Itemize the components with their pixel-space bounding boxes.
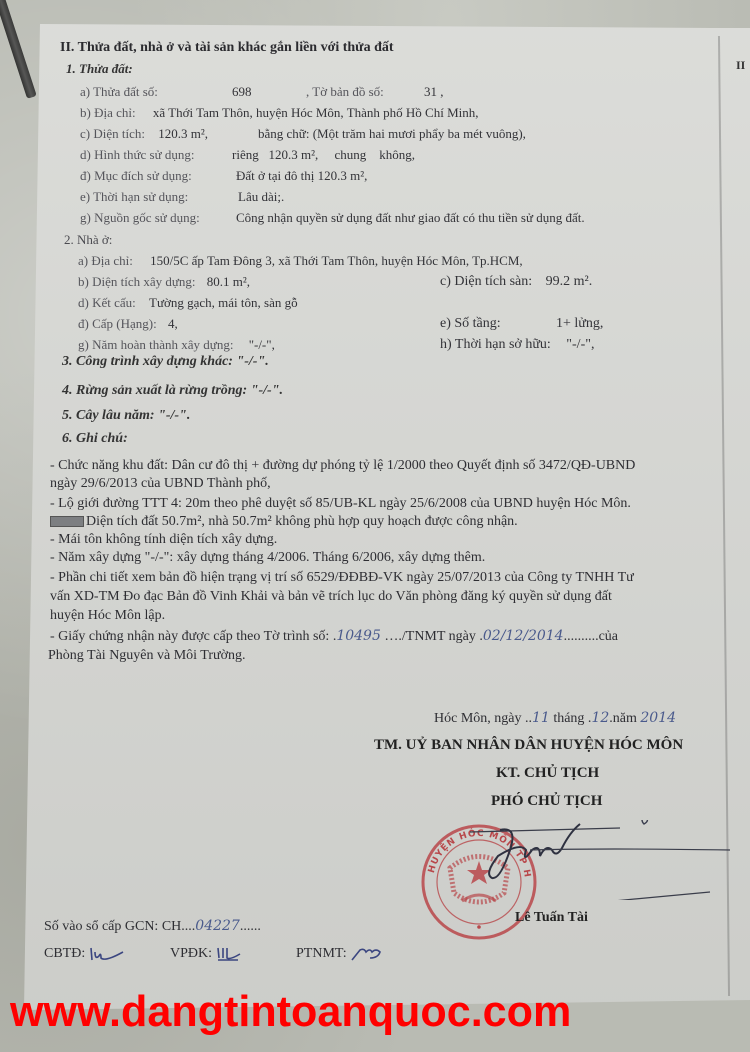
section-title: II. Thửa đất, nhà ở và tài sản khác gắn …	[60, 40, 394, 56]
parcel-row: a) Thửa đất số: 698 , Tờ bản đồ số: 31 ,	[80, 84, 158, 100]
watermark: www.dangtintoanquoc.com	[10, 987, 571, 1037]
completion-year-row: g) Năm hoàn thành xây dựng: "-/-",	[78, 337, 275, 353]
cbtd-field: CBTĐ:	[44, 946, 127, 962]
land-area: 120.3 m²,	[158, 126, 208, 141]
origin: Công nhận quyền sử dụng đất như giao đất…	[236, 210, 585, 226]
purpose: Đất ở tại đô thị 120.3 m²,	[236, 168, 367, 184]
structure-label: d) Kết cấu:	[78, 295, 136, 310]
grade: 4,	[168, 316, 178, 331]
year-label: .năm	[609, 711, 640, 726]
issuance-prefix: - Giấy chứng nhận này được cấp theo Tờ t…	[50, 629, 336, 644]
floors: 1+ lửng,	[556, 316, 603, 332]
land-area-words: bằng chữ: (Một trăm hai mươi phẩy ba mét…	[258, 126, 526, 142]
signer-name: Lê Tuấn Tài	[515, 910, 588, 926]
land-address: xã Thới Tam Thôn, huyện Hóc Môn, Thành p…	[153, 105, 479, 120]
initials-icon	[350, 946, 384, 962]
house-address-row: a) Địa chỉ: 150/5C ấp Tam Đông 3, xã Thớ…	[78, 253, 523, 269]
report-date: 02/12/2014	[483, 628, 564, 644]
usage-form-row: d) Hình thức sử dụng: riêng 120.3 m², ch…	[80, 147, 194, 163]
on-behalf-title: KT. CHỦ TỊCH	[496, 765, 599, 782]
issuance-note-line2: Phòng Tài Nguyên và Môi Trường.	[48, 648, 246, 664]
vpdk-field: VPĐK:	[170, 946, 244, 962]
ptnmt-field: PTNMT:	[296, 946, 384, 962]
land-area-row: c) Diện tích: 120.3 m², bằng chữ: (Một t…	[80, 126, 208, 142]
ownership-term: "-/-",	[566, 337, 594, 352]
cbtd-label: CBTĐ:	[44, 946, 85, 961]
land-address-label: b) Địa chỉ:	[80, 105, 136, 120]
floor-area-row: c) Diện tích sàn: 99.2 m².	[440, 274, 592, 290]
structure-row: d) Kết cấu: Tường gạch, mái tôn, sàn gỗ	[78, 295, 298, 311]
initials-icon	[216, 946, 244, 962]
note-line: vấn XD-TM Đo đạc Bản đồ Vinh Khải và bản…	[50, 589, 612, 605]
house-address-label: a) Địa chỉ:	[78, 253, 133, 268]
house-heading: 2. Nhà ở:	[64, 232, 112, 248]
structure: Tường gạch, mái tôn, sàn gỗ	[149, 295, 298, 310]
gcn-suffix: ......	[240, 919, 261, 934]
build-area-label: b) Diện tích xây dựng:	[78, 274, 196, 289]
parcel-number: 698	[232, 84, 252, 100]
house-address: 150/5C ấp Tam Đông 3, xã Thới Tam Thôn, …	[150, 253, 523, 268]
origin-row: g) Nguồn gốc sử dụng: Công nhận quyền sử…	[80, 210, 200, 226]
purpose-label: đ) Mục đích sử dụng:	[80, 168, 192, 183]
origin-label: g) Nguồn gốc sử dụng:	[80, 210, 200, 225]
floors-row: e) Số tầng: 1+ lửng,	[440, 316, 501, 332]
grade-label: đ) Cấp (Hạng):	[78, 316, 157, 331]
land-address-row: b) Địa chỉ: xã Thới Tam Thôn, huyện Hóc …	[80, 105, 479, 121]
note-line: Diện tích đất 50.7m², nhà 50.7m² không p…	[50, 514, 518, 530]
ownership-term-row: h) Thời hạn sở hữu: "-/-",	[440, 337, 594, 353]
redacted-mark	[50, 516, 84, 527]
note-line: huyện Hóc Môn lập.	[50, 608, 165, 624]
issuance-note: - Giấy chứng nhận này được cấp theo Tờ t…	[50, 628, 618, 645]
floors-label: e) Số tầng:	[440, 316, 501, 331]
grade-row: đ) Cấp (Hạng): 4,	[78, 316, 178, 332]
note-line: - Mái tôn không tính diện tích xây dựng.	[50, 532, 277, 548]
issuance-suffix: ..........của	[564, 629, 618, 644]
note-line: ngày 29/6/2013 của UBND Thành phố,	[50, 476, 271, 492]
pen-object	[0, 0, 37, 99]
issuance-middle: …./TNMT ngày .	[381, 629, 483, 644]
purpose-row: đ) Mục đích sử dụng: Đất ở tại đô thị 12…	[80, 168, 192, 184]
usage-form: riêng 120.3 m², chung không,	[232, 147, 415, 163]
note-line: - Lộ giới đường TTT 4: 20m theo phê duyệ…	[50, 496, 631, 512]
initials-icon	[89, 946, 127, 962]
gcn-label: Số vào sổ cấp GCN: CH....	[44, 919, 195, 934]
signer-title: PHÓ CHỦ TỊCH	[491, 793, 602, 810]
term-label: e) Thời hạn sử dụng:	[80, 189, 188, 204]
sign-day: 11	[532, 710, 550, 726]
term: Lâu dài;.	[238, 189, 284, 205]
ptnmt-label: PTNMT:	[296, 946, 347, 961]
completion-year: "-/-",	[249, 337, 275, 352]
note-line: - Chức năng khu đất: Dân cư đô thị + đườ…	[50, 458, 635, 474]
production-forest: 4. Rừng sản xuất là rừng trồng: "-/-".	[62, 383, 283, 399]
term-row: e) Thời hạn sử dụng: Lâu dài;.	[80, 189, 188, 205]
land-heading: 1. Thửa đất:	[66, 61, 133, 77]
authority-title: TM. UỶ BAN NHÂN DÂN HUYỆN HÓC MÔN	[374, 737, 683, 754]
next-page-mark: II	[736, 58, 745, 73]
sign-month: 12	[591, 710, 609, 726]
perennial-trees: 5. Cây lâu năm: "-/-".	[62, 408, 190, 424]
signature-icon	[470, 820, 750, 900]
report-number: 10495	[336, 628, 381, 644]
ownership-term-label: h) Thời hạn sở hữu:	[440, 337, 551, 352]
other-construction: 3. Công trình xây dựng khác: "-/-".	[62, 354, 269, 370]
floor-area: 99.2 m².	[546, 274, 593, 289]
completion-year-label: g) Năm hoàn thành xây dựng:	[78, 337, 233, 352]
build-area-row: b) Diện tích xây dựng: 80.1 m²,	[78, 274, 250, 290]
gcn-number: 04227	[195, 918, 240, 934]
parcel-label: a) Thửa đất số:	[80, 84, 158, 99]
map-sheet-number: 31 ,	[424, 84, 444, 100]
note-line: - Năm xây dựng "-/-": xây dựng tháng 4/2…	[50, 550, 485, 566]
floor-area-label: c) Diện tích sàn:	[440, 274, 532, 289]
note-text: Diện tích đất 50.7m², nhà 50.7m² không p…	[86, 514, 518, 529]
place-date-prefix: Hóc Môn, ngày ..	[434, 711, 532, 726]
map-sheet-label: , Tờ bản đồ số:	[306, 84, 384, 100]
gcn-entry: Số vào sổ cấp GCN: CH....04227......	[44, 918, 261, 935]
note-line: - Phần chi tiết xem bản đồ hiện trạng vị…	[50, 570, 634, 586]
notes-heading: 6. Ghi chú:	[62, 431, 128, 447]
sign-year: 2014	[640, 710, 676, 726]
place-date: Hóc Môn, ngày ..11 tháng .12.năm 2014	[434, 710, 676, 727]
land-area-label: c) Diện tích:	[80, 126, 145, 141]
usage-form-label: d) Hình thức sử dụng:	[80, 147, 194, 162]
build-area: 80.1 m²,	[207, 274, 250, 289]
vpdk-label: VPĐK:	[170, 946, 212, 961]
month-label: tháng .	[550, 711, 592, 726]
